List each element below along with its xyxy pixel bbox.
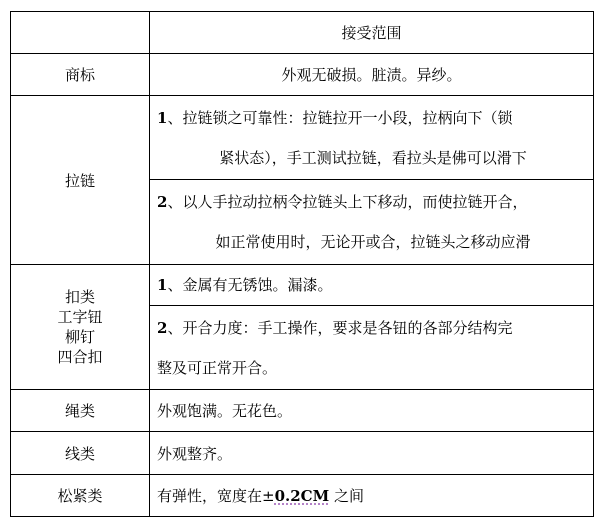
button-type-label: 四合扣: [11, 347, 149, 367]
elastic-text-suffix: 之间: [329, 487, 364, 505]
elastic-text-prefix: 有弹性，宽度在±: [157, 487, 275, 505]
row-value-elastic: 有弹性，宽度在±0.2CM 之间: [150, 475, 594, 517]
item-number: 1: [157, 109, 167, 127]
item-text-line2: 如正常使用时，无论开或合，拉链头之移动应滑: [157, 222, 589, 262]
header-title: 接受范围: [150, 12, 594, 54]
row-value-trademark: 外观无破损。脏渍。异纱。: [150, 54, 594, 96]
item-text-line1: 、以人手拉动拉柄令拉链头上下移动，而使拉链开合，: [167, 193, 527, 211]
row-zipper-1: 拉链 1、拉链锁之可靠性：拉链拉开一小段，拉柄向下（锁紧状态），手工测试拉链，看…: [11, 96, 594, 180]
buttons-item-2: 2、开合力度：手工操作，要求是各钮的各部分结构完整及可正常开合。: [150, 306, 594, 390]
item-number: 2: [157, 193, 167, 211]
item-text-line1: 、拉链锁之可靠性：拉链拉开一小段，拉柄向下（锁: [167, 109, 512, 127]
button-type-label: 扣类: [11, 287, 149, 307]
row-trademark: 商标 外观无破损。脏渍。异纱。: [11, 54, 594, 96]
row-label-elastic: 松紧类: [11, 475, 150, 517]
row-value-cord: 外观饱满。无花色。: [150, 390, 594, 432]
zipper-item-2: 2、以人手拉动拉柄令拉链头上下移动，而使拉链开合，如正常使用时，无论开或合，拉链…: [150, 180, 594, 265]
row-buttons-1: 扣类 工字钮 柳钉 四合扣 1、金属有无锈蚀。漏漆。: [11, 265, 594, 306]
item-text-line2: 紧状态），手工测试拉链，看拉头是佛可以滑下: [157, 138, 589, 178]
elastic-tolerance: 0.2CM: [275, 487, 330, 505]
row-label-zipper: 拉链: [11, 96, 150, 265]
header-label-cell: [11, 12, 150, 54]
row-label-trademark: 商标: [11, 54, 150, 96]
item-text-line2: 整及可正常开合。: [157, 359, 277, 377]
buttons-item-1: 1、金属有无锈蚀。漏漆。: [150, 265, 594, 306]
row-elastic: 松紧类 有弹性，宽度在±0.2CM 之间: [11, 475, 594, 517]
header-row: 接受范围: [11, 12, 594, 54]
item-number: 1: [157, 276, 167, 294]
row-cord: 绳类 外观饱满。无花色。: [11, 390, 594, 432]
acceptance-criteria-table: 接受范围 商标 外观无破损。脏渍。异纱。 拉链 1、拉链锁之可靠性：拉链拉开一小…: [10, 11, 594, 517]
row-label-cord: 绳类: [11, 390, 150, 432]
row-label-buttons: 扣类 工字钮 柳钉 四合扣: [11, 265, 150, 390]
row-value-thread: 外观整齐。: [150, 432, 594, 475]
item-number: 2: [157, 319, 167, 337]
item-text-line1: 、开合力度：手工操作，要求是各钮的各部分结构完: [167, 319, 512, 337]
row-thread: 线类 外观整齐。: [11, 432, 594, 475]
button-type-label: 柳钉: [11, 327, 149, 347]
row-label-thread: 线类: [11, 432, 150, 475]
item-text-line1: 、金属有无锈蚀。漏漆。: [167, 276, 332, 294]
zipper-item-1: 1、拉链锁之可靠性：拉链拉开一小段，拉柄向下（锁紧状态），手工测试拉链，看拉头是…: [150, 96, 594, 180]
button-type-label: 工字钮: [11, 307, 149, 327]
